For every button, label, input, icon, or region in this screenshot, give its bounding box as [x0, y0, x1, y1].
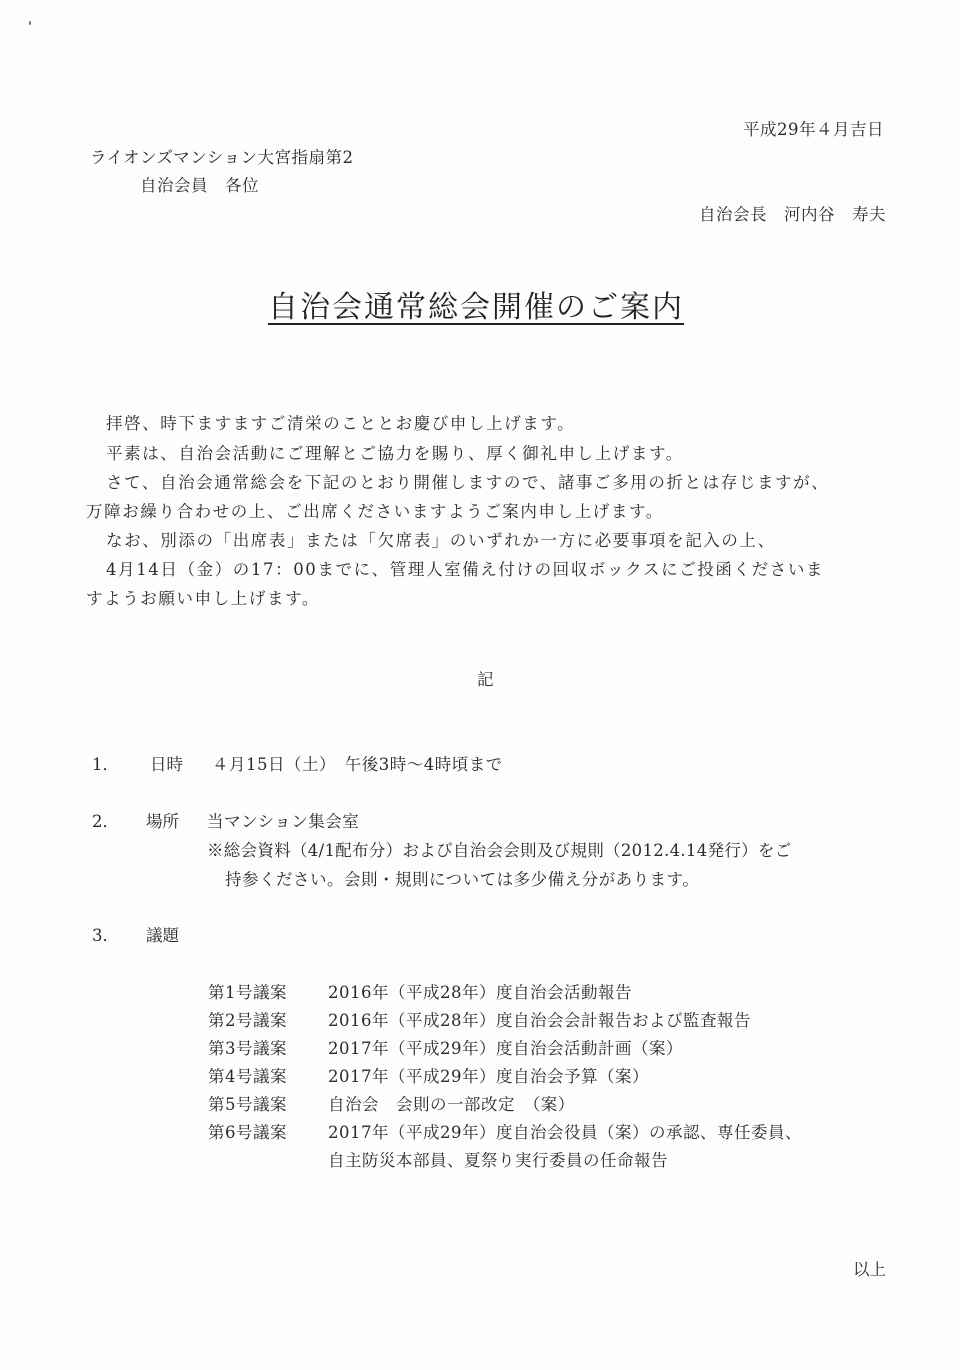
body-line: さて、自治会通常総会を下記のとおり開催しますので、諸事ご多用の折とは存じますが、	[106, 469, 829, 493]
body-line: すようお願い申し上げます。	[86, 585, 320, 609]
agenda-row: 第3号議案2017年（平成29年）度自治会活動計画（案）	[208, 1035, 683, 1059]
item-number: 3．	[92, 922, 119, 946]
agenda-text: 自治会 会則の一部改定 （案）	[328, 1095, 575, 1114]
recipient-organization: ライオンズマンション大宮指扇第2	[90, 144, 353, 168]
agenda-number: 第6号議案	[208, 1119, 328, 1143]
document-date: 平成29年４月吉日	[743, 116, 884, 140]
body-line: 平素は、自治会活動にご理解とご協力を賜り、厚く御礼申し上げます。	[106, 440, 684, 464]
body-line: 4月14日（金）の17：00までに、管理人室備え付けの回収ボックスにご投函くださ…	[106, 556, 824, 580]
sender-name: 自治会長 河内谷 寿夫	[699, 201, 886, 225]
agenda-number: 第1号議案	[208, 979, 328, 1003]
agenda-number: 第5号議案	[208, 1091, 328, 1115]
agenda-row: 第6号議案2017年（平成29年）度自治会役員（案）の承認、専任委員、	[208, 1119, 802, 1143]
item-number: 1．	[92, 751, 119, 775]
item-note: 持参ください。会則・規則については多少備え分があります。	[225, 866, 699, 890]
item-label: 日時	[150, 751, 183, 775]
document-title: 自治会通常総会開催のご案内	[268, 282, 684, 326]
agenda-row: 第1号議案2016年（平成28年）度自治会活動報告	[208, 979, 632, 1003]
agenda-continuation: 自主防災本部員、夏祭り実行委員の任命報告	[328, 1147, 668, 1171]
closing-mark: 以上	[853, 1256, 886, 1280]
item-value: 当マンション集会室	[207, 808, 359, 832]
item-number: 2．	[92, 808, 119, 832]
agenda-text: 2016年（平成28年）度自治会会計報告および監査報告	[328, 1011, 751, 1030]
item-note: ※総会資料（4/1配布分）および自治会会則及び規則（2012.4.14発行）をご	[207, 837, 792, 861]
agenda-number: 第3号議案	[208, 1035, 328, 1059]
agenda-text: 2017年（平成29年）度自治会予算（案）	[328, 1067, 649, 1086]
ki-heading: 記	[477, 666, 494, 690]
agenda-number: 第4号議案	[208, 1063, 328, 1087]
agenda-text: 2016年（平成28年）度自治会活動報告	[328, 983, 632, 1002]
recipient-members: 自治会員 各位	[140, 172, 259, 196]
agenda-text: 2017年（平成29年）度自治会役員（案）の承認、専任委員、	[328, 1123, 802, 1142]
body-line: 拝啓、時下ますますご清栄のこととお慶び申し上げます。	[106, 410, 575, 434]
item-label: 議題	[146, 922, 179, 946]
agenda-row: 第5号議案自治会 会則の一部改定 （案）	[208, 1091, 575, 1115]
body-line: 万障お繰り合わせの上、ご出席くださいますようご案内申し上げます。	[86, 498, 664, 522]
agenda-row: 第2号議案2016年（平成28年）度自治会会計報告および監査報告	[208, 1007, 751, 1031]
agenda-text: 2017年（平成29年）度自治会活動計画（案）	[328, 1039, 683, 1058]
item-value: ４月15日（土） 午後3時～4時頃まで	[212, 751, 503, 775]
scan-speck	[29, 21, 31, 25]
item-label: 場所	[146, 808, 179, 832]
agenda-number: 第2号議案	[208, 1007, 328, 1031]
body-line: なお、別添の「出席表」または「欠席表」のいずれか一方に必要事項を記入の上、	[106, 527, 776, 551]
agenda-row: 第4号議案2017年（平成29年）度自治会予算（案）	[208, 1063, 649, 1087]
